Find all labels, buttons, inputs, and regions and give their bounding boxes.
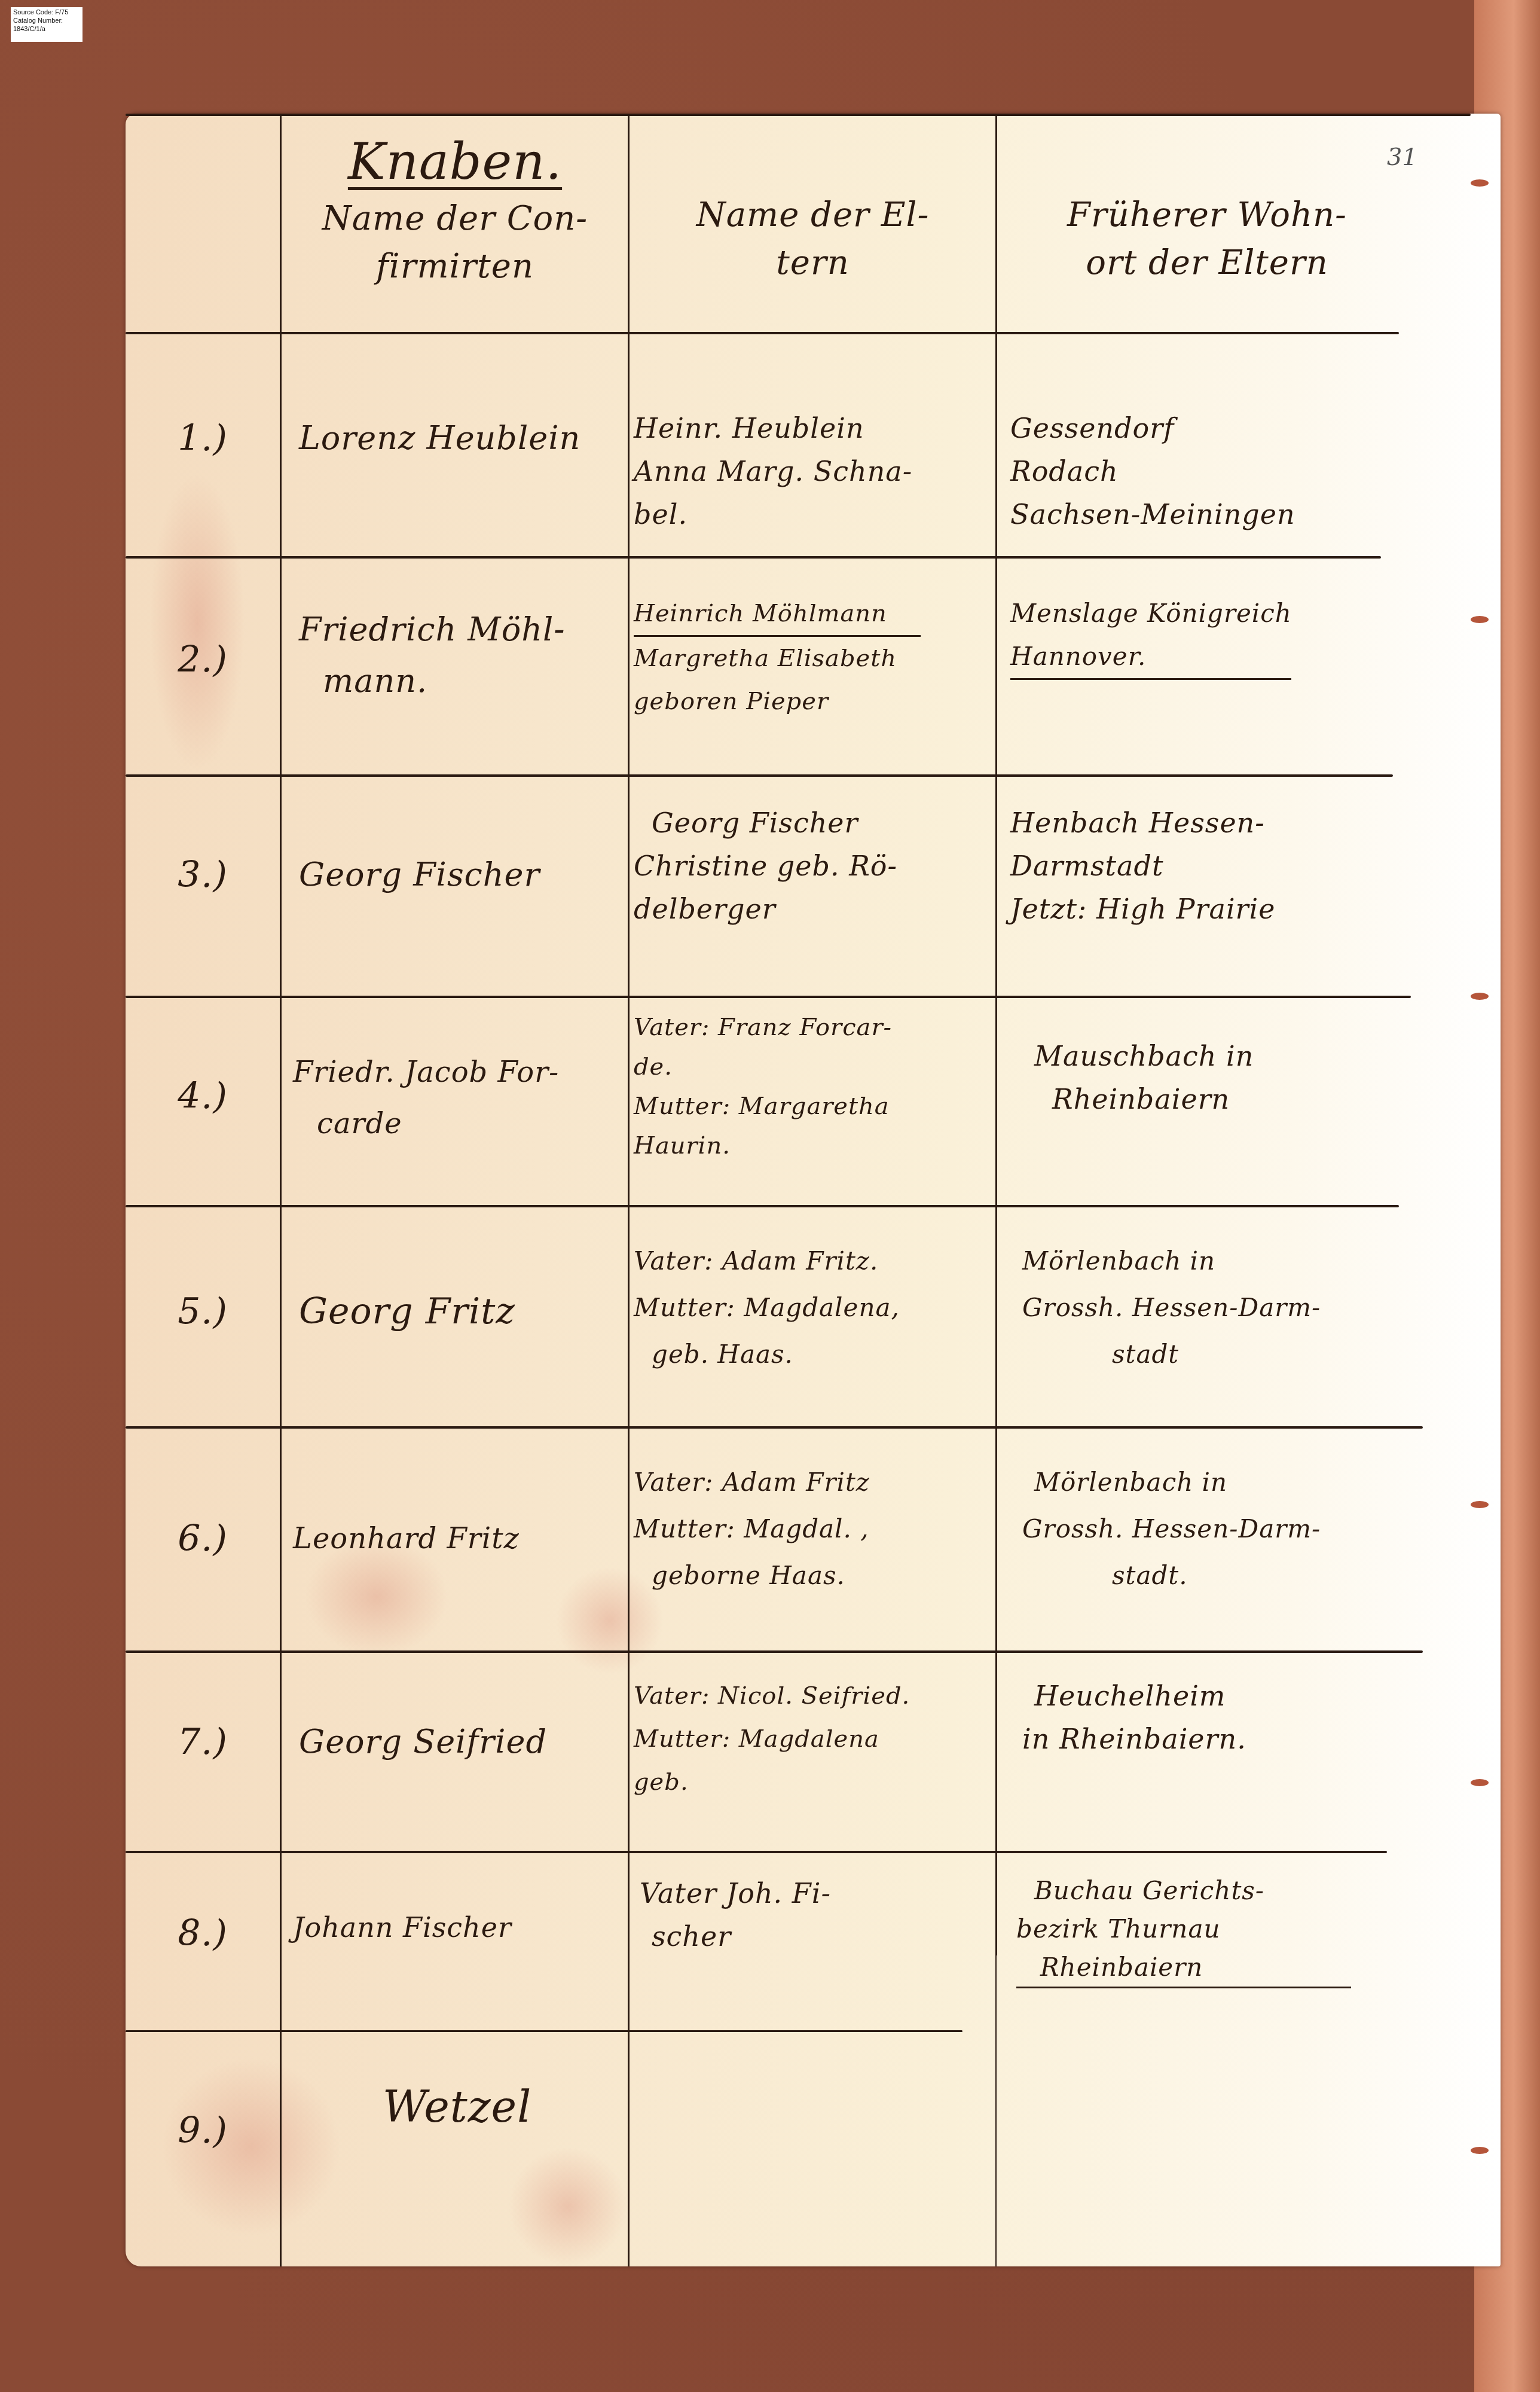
parents-names: Vater: Adam Fritz. Mutter: Magdalena, ge…: [634, 1238, 995, 1378]
parents-line: bel.: [634, 493, 995, 536]
parents-names: Vater: Nicol. Seifried. Mutter: Magdalen…: [634, 1674, 995, 1804]
name-line: mann.: [299, 655, 628, 707]
residence-line: Darmstadt: [1010, 844, 1441, 887]
header-name: Knaben. Name der Con- firmirten: [282, 138, 628, 291]
parents-line: Mutter: Margaretha: [634, 1087, 995, 1126]
entry-number: 9.): [126, 2105, 280, 2156]
header-parents-line: Name der El-: [630, 191, 995, 239]
header-residence-line: ort der Eltern: [998, 239, 1416, 287]
former-residence-empty: [998, 2033, 1465, 2260]
entry-number: 1.): [126, 413, 280, 464]
parents-line: Vater: Adam Fritz.: [634, 1238, 995, 1285]
confirmand-name: Wetzel: [383, 2081, 628, 2132]
parents-line: Margretha Elisabeth: [634, 637, 995, 680]
column-divider: [280, 114, 282, 2266]
name-line: Friedr. Jacob For-: [293, 1046, 628, 1098]
header-name-line: firmirten: [282, 243, 628, 291]
row-divider: [126, 114, 1471, 116]
parents-line: Heinr. Heublein: [634, 407, 995, 450]
parents-line: geborne Haas.: [634, 1552, 995, 1599]
name-line: Lorenz Heublein: [299, 413, 628, 464]
parents-line: geb.: [634, 1761, 995, 1804]
catalog-number-label: Catalog Number:: [13, 17, 80, 25]
row-divider: [126, 2030, 962, 2032]
header-name-line: Name der Con-: [282, 195, 628, 243]
column-divider: [995, 1955, 997, 2266]
parents-line: Haurin.: [634, 1126, 995, 1166]
parents-line: scher: [640, 1915, 995, 1958]
parents-line: delberger: [634, 887, 995, 930]
name-line: Leonhard Fritz: [293, 1513, 628, 1564]
parents-line: Anna Marg. Schna-: [634, 450, 995, 493]
row-divider: [126, 1205, 1399, 1207]
former-residence: Mauschbach in Rheinbaiern: [1034, 1035, 1441, 1121]
parents-names: Vater: Franz Forcar- de. Mutter: Margare…: [634, 1008, 995, 1166]
former-residence: Henbach Hessen- Darmstadt Jetzt: High Pr…: [1010, 801, 1441, 930]
entry-number: 5.): [126, 1286, 280, 1337]
tab-marker: [1471, 616, 1489, 623]
parents-line: geb. Haas.: [634, 1331, 995, 1378]
confirmand-name: Georg Fischer: [299, 849, 628, 901]
name-line: Wetzel: [383, 2081, 628, 2132]
paper-stain: [508, 2147, 628, 2266]
row-divider: [126, 332, 1399, 334]
parents-line: Heinrich Möhlmann: [634, 592, 921, 637]
row-divider: [126, 1426, 1423, 1429]
entry-number: 6.): [126, 1513, 280, 1564]
header-residence-line: Früherer Wohn-: [998, 191, 1416, 239]
header-residence: Früherer Wohn- ort der Eltern: [998, 191, 1416, 287]
entry-number: 2.): [126, 634, 280, 685]
confirmand-name: Friedr. Jacob For- carde: [293, 1046, 628, 1149]
former-residence: Mörlenbach in Grossh. Hessen-Darm- stadt…: [1022, 1459, 1453, 1599]
parents-names: Heinr. Heublein Anna Marg. Schna- bel.: [634, 407, 995, 536]
name-line: Georg Fritz: [299, 1286, 628, 1337]
parents-line: Vater: Franz Forcar-: [634, 1008, 995, 1047]
residence-line: Rheinbaiern: [1016, 1948, 1351, 1988]
name-line: Johann Fischer: [293, 1902, 628, 1953]
confirmand-name: Leonhard Fritz: [293, 1513, 628, 1564]
entry-number: 7.): [126, 1716, 280, 1768]
residence-line: Rheinbaiern: [1034, 1078, 1441, 1121]
parents-names: Georg Fischer Christine geb. Rö- delberg…: [634, 801, 995, 930]
register-page: 31 Knaben. Name der Con- firmirten Name …: [126, 114, 1501, 2266]
parents-line: Georg Fischer: [634, 801, 995, 844]
tab-marker: [1471, 1779, 1489, 1786]
parents-line: Mutter: Magdalena: [634, 1717, 995, 1761]
source-code: Source Code: F/75: [13, 8, 80, 17]
residence-line: stadt: [1022, 1331, 1453, 1378]
residence-line: Buchau Gerichts-: [1016, 1872, 1435, 1910]
parents-line: Christine geb. Rö-: [634, 844, 995, 887]
tab-marker: [1471, 1501, 1489, 1508]
parents-line: geboren Pieper: [634, 680, 995, 723]
section-title: Knaben.: [282, 138, 628, 185]
row-divider: [126, 1650, 1423, 1653]
former-residence: Gessendorf Rodach Sachsen-Meiningen: [1010, 407, 1429, 536]
paper-stain: [149, 472, 245, 771]
residence-line: bezirk Thurnau: [1016, 1910, 1435, 1948]
entry-number: 4.): [126, 1070, 280, 1122]
residence-line: Menslage Königreich: [1010, 592, 1429, 635]
column-divider: [628, 114, 630, 2266]
residence-line: Mauschbach in: [1034, 1035, 1441, 1078]
former-residence: Heuchelheim in Rheinbaiern.: [1022, 1674, 1441, 1761]
entry-number: 3.): [126, 849, 280, 901]
residence-line: Henbach Hessen-: [1010, 801, 1441, 844]
residence-line: Jetzt: High Prairie: [1010, 887, 1441, 930]
tab-marker: [1471, 2147, 1489, 2154]
confirmand-name: Georg Fritz: [299, 1286, 628, 1337]
residence-line: Grossh. Hessen-Darm-: [1022, 1506, 1453, 1552]
parents-line: de.: [634, 1047, 995, 1087]
name-line: Georg Fischer: [299, 849, 628, 901]
residence-line: Grossh. Hessen-Darm-: [1022, 1285, 1453, 1331]
residence-line: Heuchelheim: [1022, 1674, 1441, 1717]
residence-line: in Rheinbaiern.: [1022, 1717, 1441, 1761]
parents-line: Mutter: Magdal. ,: [634, 1506, 995, 1552]
name-line: Georg Seifried: [299, 1716, 628, 1768]
catalog-label: Source Code: F/75 Catalog Number: 1843/C…: [11, 7, 82, 42]
row-divider: [126, 556, 1381, 559]
residence-line: Hannover.: [1010, 635, 1291, 680]
entry-number: 8.): [126, 1908, 280, 1959]
former-residence: Buchau Gerichts- bezirk Thurnau Rheinbai…: [1016, 1872, 1435, 1988]
parents-names: Vater Joh. Fi- scher: [640, 1872, 995, 1958]
header-parents: Name der El- tern: [630, 191, 995, 287]
parents-names: Vater: Adam Fritz Mutter: Magdal. , gebo…: [634, 1459, 995, 1599]
name-line: Friedrich Möhl-: [299, 604, 628, 655]
confirmand-name: Lorenz Heublein: [299, 413, 628, 464]
parents-names: Heinrich Möhlmann Margretha Elisabeth ge…: [634, 592, 995, 723]
residence-line: Mörlenbach in: [1022, 1238, 1453, 1285]
parents-line: Vater: Nicol. Seifried.: [634, 1674, 995, 1717]
residence-line: stadt.: [1022, 1552, 1453, 1599]
catalog-number: 1843/C/1/a: [13, 25, 80, 33]
parents-line: Vater Joh. Fi-: [640, 1872, 995, 1915]
name-line: carde: [293, 1098, 628, 1149]
residence-line: Mörlenbach in: [1022, 1459, 1453, 1506]
former-residence: Mörlenbach in Grossh. Hessen-Darm- stadt: [1022, 1238, 1453, 1378]
parents-line: Vater: Adam Fritz: [634, 1459, 995, 1506]
parents-line: Mutter: Magdalena,: [634, 1285, 995, 1331]
header-parents-line: tern: [630, 239, 995, 287]
former-residence: Menslage Königreich Hannover.: [1010, 592, 1429, 680]
row-divider: [126, 1851, 1387, 1853]
row-divider: [126, 774, 1393, 777]
page-number: 31: [1387, 144, 1417, 171]
confirmand-name: Georg Seifried: [299, 1716, 628, 1768]
confirmand-name: Johann Fischer: [293, 1902, 628, 1953]
residence-line: Gessendorf: [1010, 407, 1429, 450]
parents-names-empty: [631, 2033, 992, 2260]
tab-marker: [1471, 179, 1489, 187]
column-divider: [995, 114, 997, 1955]
row-divider: [126, 996, 1411, 998]
confirmand-name: Friedrich Möhl- mann.: [299, 604, 628, 707]
residence-line: Sachsen-Meiningen: [1010, 493, 1429, 536]
tab-marker: [1471, 993, 1489, 1000]
residence-line: Rodach: [1010, 450, 1429, 493]
